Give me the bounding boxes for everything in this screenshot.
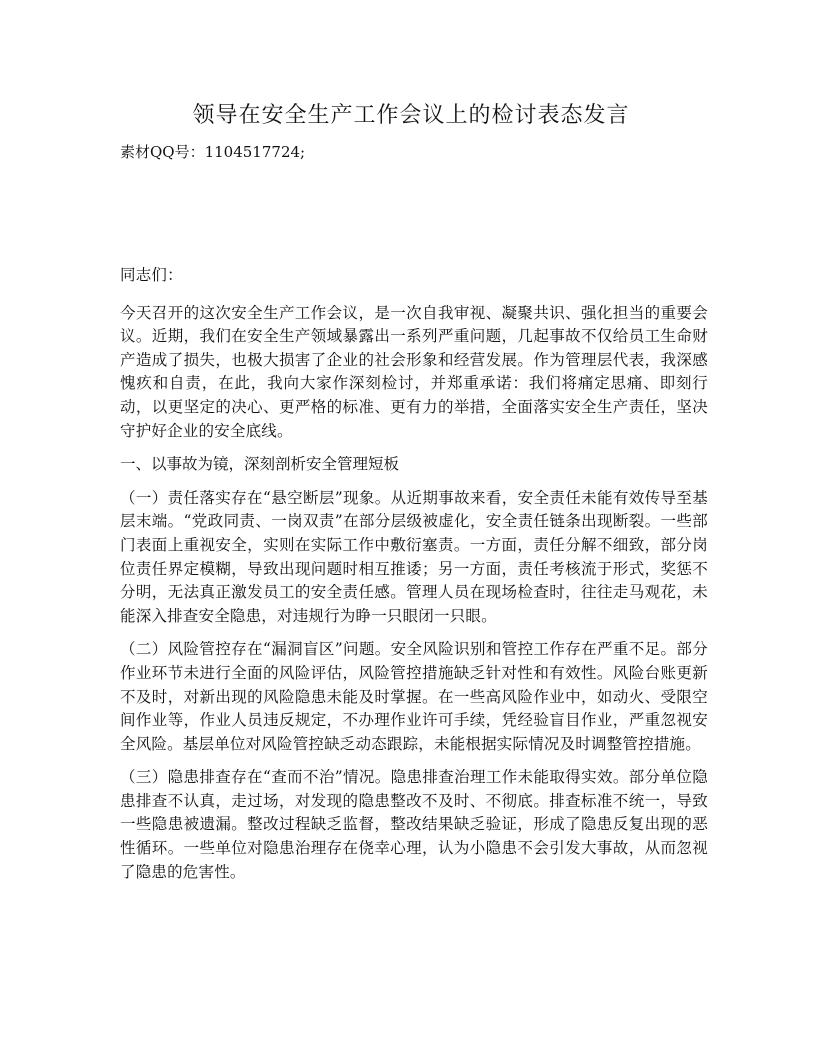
document-page: 领导在安全生产工作会议上的检讨表态发言 素材QQ号：1104517724; 同志… <box>120 96 708 894</box>
blank-space <box>120 164 708 264</box>
body-paragraph: （三）隐患排查存在“查而不治”情况。隐患排查治理工作未能取得实效。部分单位隐患排… <box>120 766 708 884</box>
body-paragraph: （二）风险管控存在“漏洞盲区”问题。安全风险识别和管控工作存在严重不足。部分作业… <box>120 638 708 756</box>
salutation: 同志们： <box>120 264 708 288</box>
section-heading: 一、以事故为镜，深刻剖析安全管理短板 <box>120 453 708 477</box>
document-title: 领导在安全生产工作会议上的检讨表态发言 <box>114 96 708 136</box>
intro-paragraph: 今天召开的这次安全生产工作会议，是一次自我审视、凝聚共识、强化担当的重要会议。近… <box>120 302 708 444</box>
body-paragraph: （一）责任落实存在“悬空断层”现象。从近期事故来看，安全责任未能有效传导至基层末… <box>120 487 708 629</box>
meta-line: 素材QQ号：1104517724; <box>120 140 708 164</box>
